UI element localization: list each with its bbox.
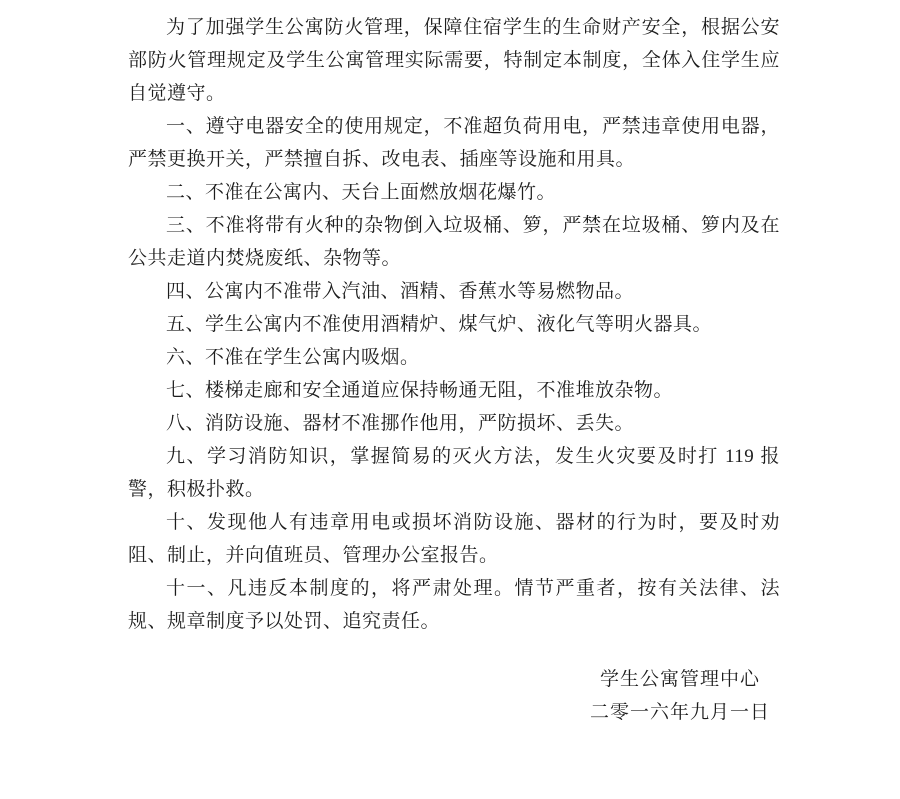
paragraph-rule-1: 一、遵守电器安全的使用规定，不准超负荷用电，严禁违章使用电器，严禁更换开关，严禁… bbox=[128, 110, 780, 176]
paragraph-intro: 为了加强学生公寓防火管理，保障住宿学生的生命财产安全，根据公安部防火管理规定及学… bbox=[128, 11, 780, 110]
paragraph-rule-4: 四、公寓内不准带入汽油、酒精、香蕉水等易燃物品。 bbox=[128, 275, 780, 308]
paragraph-rule-6: 六、不准在学生公寓内吸烟。 bbox=[128, 341, 780, 374]
paragraph-rule-10: 十、发现他人有违章用电或损坏消防设施、器材的行为时，要及时劝阻、制止，并向值班员… bbox=[128, 506, 780, 572]
document-page: 为了加强学生公寓防火管理，保障住宿学生的生命财产安全，根据公安部防火管理规定及学… bbox=[0, 0, 900, 799]
paragraph-rule-2: 二、不准在公寓内、天台上面燃放烟花爆竹。 bbox=[128, 176, 780, 209]
paragraph-rule-7: 七、楼梯走廊和安全通道应保持畅通无阻，不准堆放杂物。 bbox=[128, 374, 780, 407]
paragraph-rule-8: 八、消防设施、器材不准挪作他用，严防损坏、丢失。 bbox=[128, 407, 780, 440]
paragraph-rule-3: 三、不准将带有火种的杂物倒入垃圾桶、箩，严禁在垃圾桶、箩内及在公共走道内焚烧废纸… bbox=[128, 209, 780, 275]
signature-date: 二零一六年九月一日 bbox=[580, 696, 780, 729]
paragraph-rule-11: 十一、凡违反本制度的，将严肃处理。情节严重者，按有关法律、法规、规章制度予以处罚… bbox=[128, 572, 780, 638]
document-body: 为了加强学生公寓防火管理，保障住宿学生的生命财产安全，根据公安部防火管理规定及学… bbox=[128, 11, 780, 638]
signature-organization: 学生公寓管理中心 bbox=[580, 663, 780, 696]
paragraph-rule-9: 九、学习消防知识，掌握简易的灭火方法，发生火灾要及时打 119 报警，积极扑救。 bbox=[128, 440, 780, 506]
signature-block: 学生公寓管理中心 二零一六年九月一日 bbox=[580, 663, 780, 729]
paragraph-rule-5: 五、学生公寓内不准使用酒精炉、煤气炉、液化气等明火器具。 bbox=[128, 308, 780, 341]
